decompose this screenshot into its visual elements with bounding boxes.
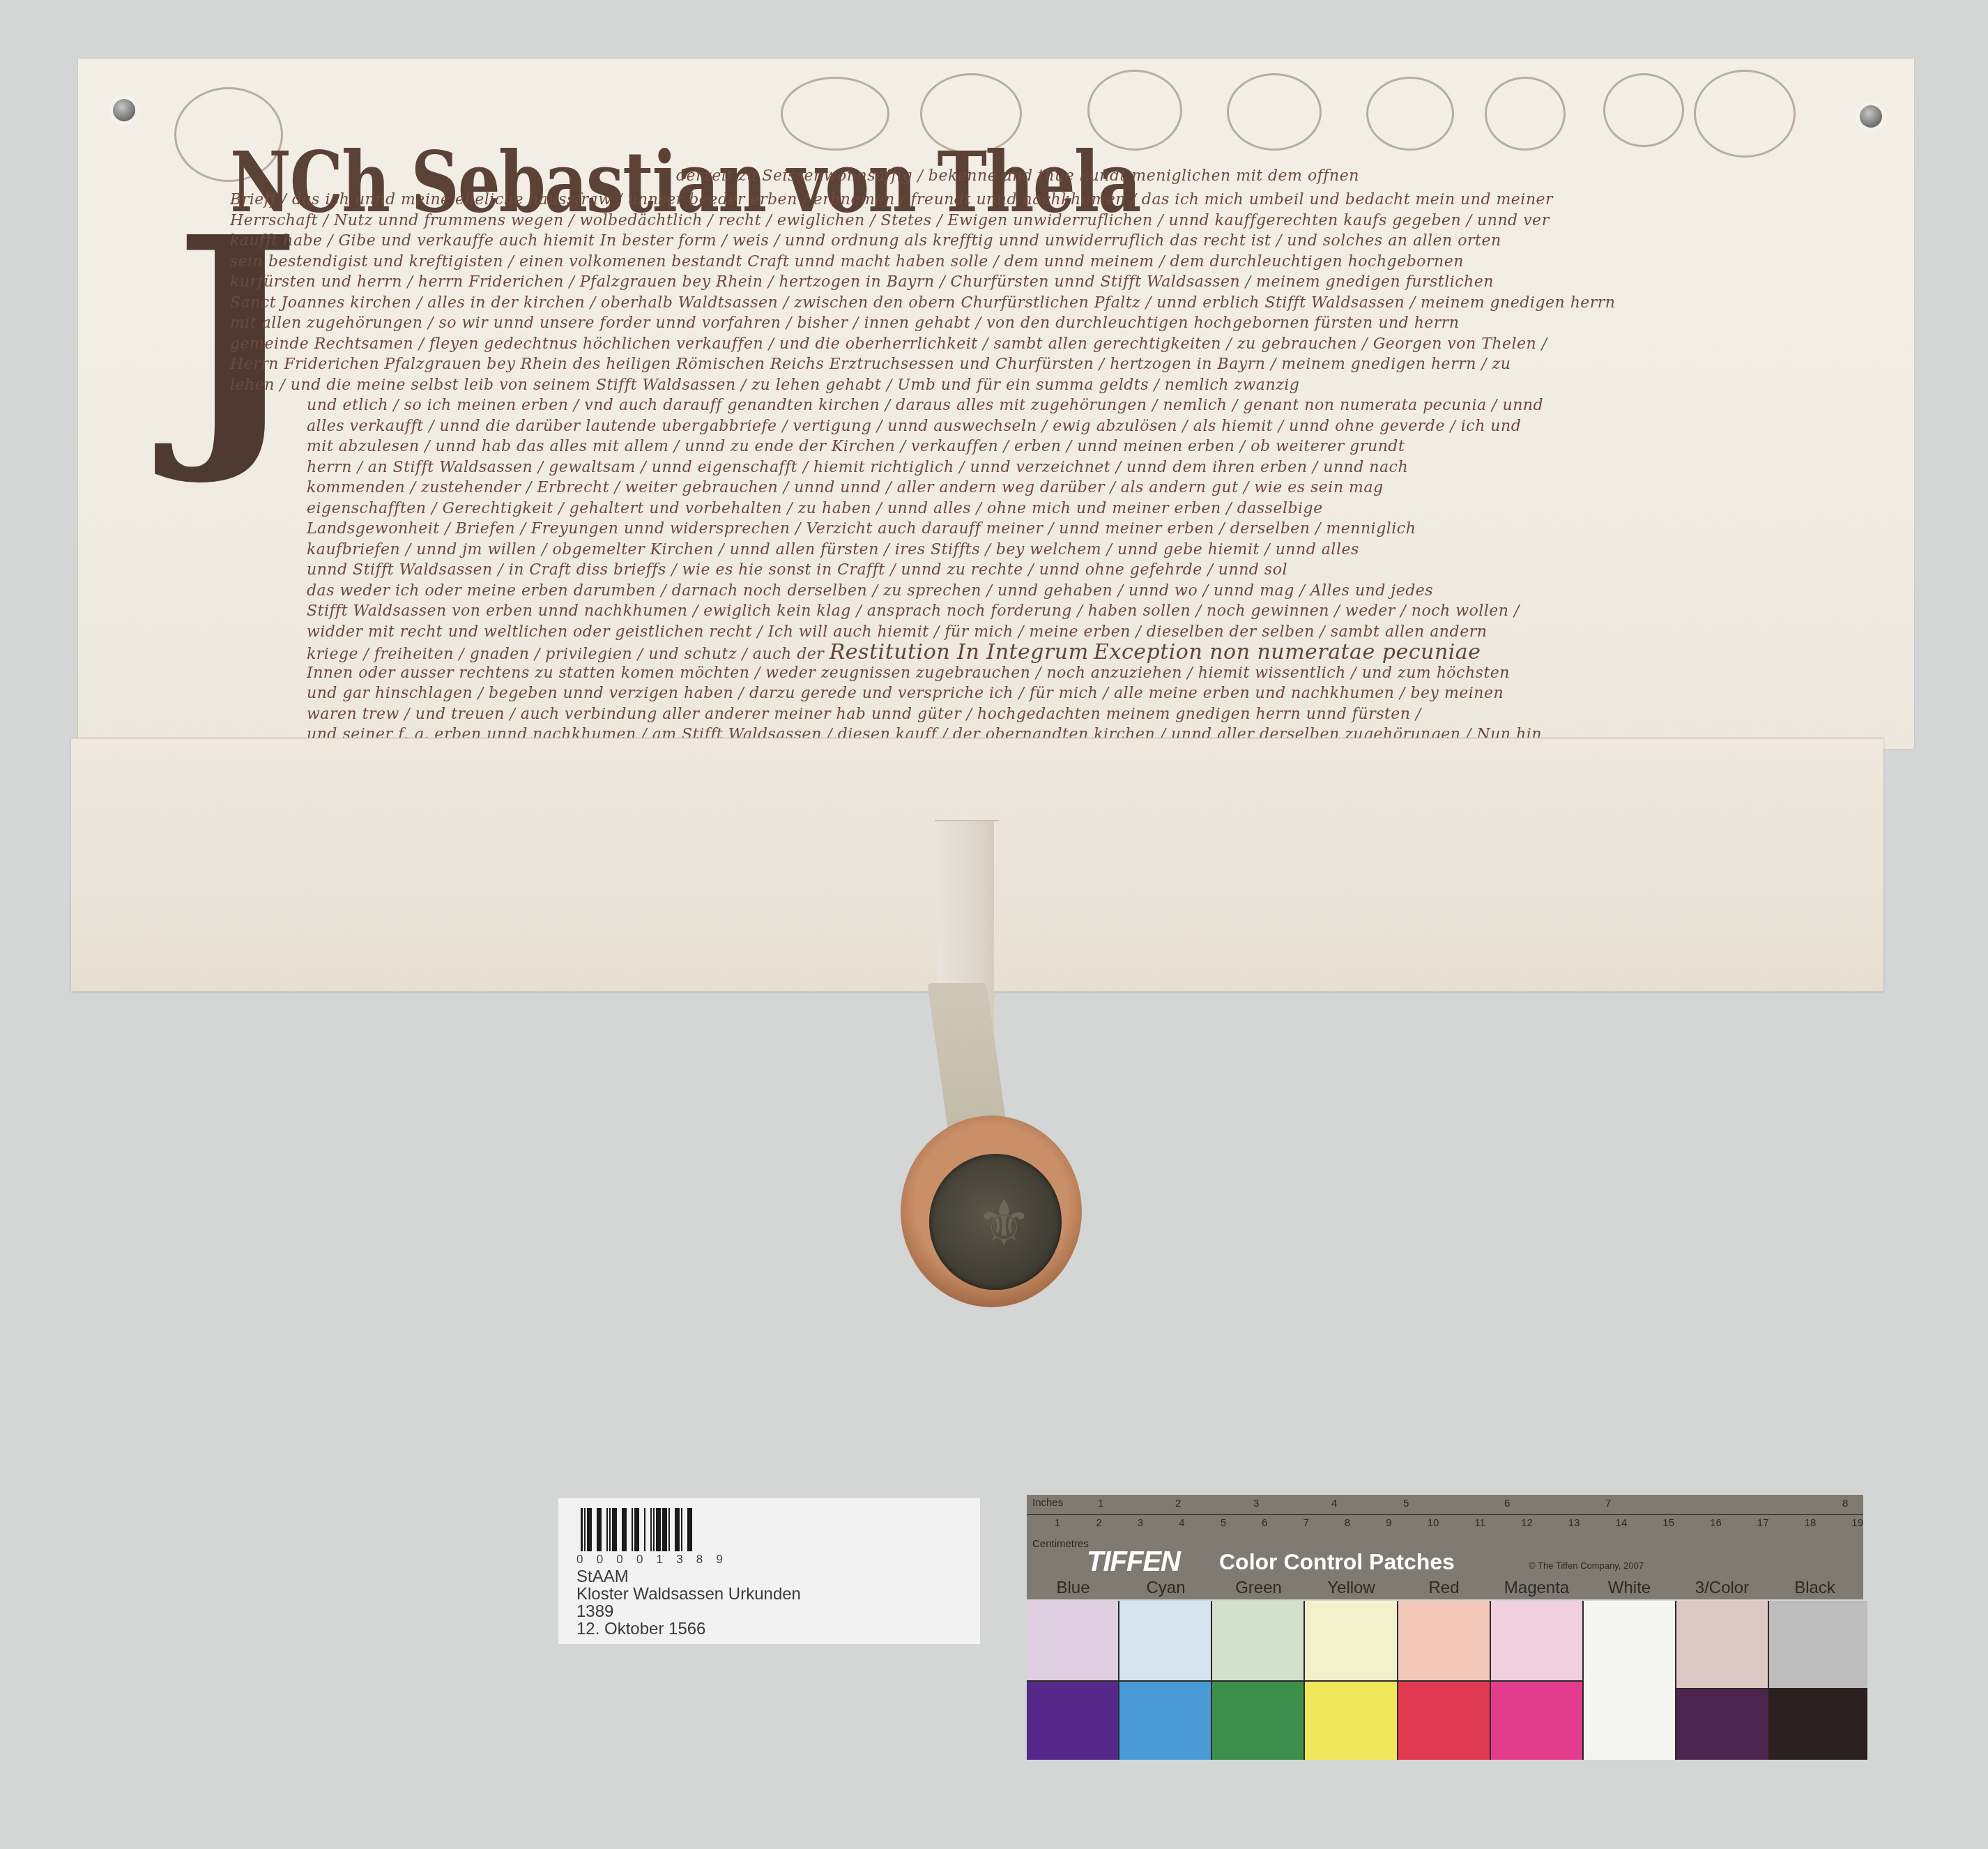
text-line: Stifft Waldsassen von erben unnd nachkhu… — [230, 601, 1875, 622]
text-line: das weder ich oder meine erben darumben … — [230, 581, 1875, 602]
cm-tick: 4 — [1179, 1517, 1184, 1529]
cm-tick: 10 — [1428, 1517, 1439, 1529]
patch-label-magenta: Magenta — [1490, 1578, 1583, 1598]
cm-tick: 11 — [1474, 1517, 1485, 1529]
patch-label-blue: Blue — [1027, 1578, 1119, 1598]
barcode-digit: 3 — [676, 1553, 682, 1567]
patch-black — [1769, 1601, 1867, 1760]
cm-tick: 7 — [1303, 1517, 1308, 1529]
text-line: sein bestendigist und kreftigisten / ein… — [230, 252, 1875, 273]
barcode-digit: 1 — [657, 1553, 663, 1567]
barcode — [581, 1508, 692, 1551]
barcode-digit: 9 — [716, 1553, 722, 1567]
text-line: Brieff / das ich unnd meine eheliche hau… — [230, 190, 1875, 211]
inch-tick: 4 — [1331, 1498, 1337, 1509]
inch-tick: 5 — [1403, 1498, 1409, 1509]
cm-tick: 17 — [1757, 1517, 1769, 1529]
card-title: Color Control Patches — [1219, 1549, 1455, 1575]
patch-magenta-light — [1491, 1601, 1582, 1682]
patch-black-dark — [1769, 1688, 1867, 1760]
cm-tick: 15 — [1662, 1517, 1674, 1529]
patch-cyan-dark — [1119, 1682, 1211, 1760]
copyright-notice: © The Tiffen Company, 2007 — [1529, 1560, 1644, 1571]
color-patches — [1027, 1601, 1867, 1760]
patch-label-yellow: Yellow — [1305, 1578, 1398, 1598]
patch-magenta-dark — [1491, 1682, 1582, 1760]
cm-tick: 3 — [1138, 1517, 1143, 1529]
text-line: unnd Stifft Waldsassen / in Craft diss b… — [230, 560, 1875, 581]
centimetres-label: Centimetres — [1032, 1538, 1089, 1550]
patch-yellow-light — [1305, 1601, 1396, 1682]
barcode-digits: 0 0 0 0 1 3 8 9 — [576, 1553, 723, 1567]
text-line: alles verkaufft / unnd die darüber laute… — [230, 416, 1875, 437]
patch-labels: Blue Cyan Green Yellow Red Magenta White… — [1027, 1578, 1863, 1598]
flourish-loop — [1366, 77, 1454, 151]
text-line: widder mit recht und weltlichen oder gei… — [230, 622, 1875, 643]
inch-tick: 1 — [1098, 1498, 1103, 1509]
cm-tick: 1 — [1055, 1517, 1060, 1529]
text-line: lehen / und die meine selbst leib von se… — [230, 375, 1875, 396]
barcode-digit: 0 — [636, 1553, 643, 1567]
patch-label-red: Red — [1398, 1578, 1490, 1598]
inch-tick: 8 — [1842, 1498, 1848, 1509]
cm-tick: 12 — [1521, 1517, 1533, 1529]
patch-yellow — [1305, 1601, 1398, 1760]
inch-tick: 6 — [1504, 1498, 1510, 1509]
text-line: kaufft habe / Gibe und verkauffe auch hi… — [230, 231, 1875, 252]
flourish-loop — [1603, 73, 1684, 147]
text-line: gemeinde Rechtsamen / fleyen gedechtnus … — [230, 334, 1875, 355]
text-line: Landsgewonheit / Briefen / Freyungen unn… — [230, 519, 1875, 540]
flourish-loop — [1485, 77, 1566, 151]
text-line: kriege / freiheiten / gnaden / privilegi… — [230, 642, 1875, 663]
cm-tick: 5 — [1221, 1517, 1226, 1529]
patch-red-light — [1398, 1601, 1490, 1682]
barcode-digit: 0 — [597, 1553, 603, 1567]
barcode-digit: 0 — [616, 1553, 622, 1567]
patch-label-white: White — [1583, 1578, 1676, 1598]
text-line: eigenschafften / Gerechtigkeit / gehalte… — [230, 499, 1875, 519]
collection-name: Kloster Waldsassen Urkunden — [576, 1585, 801, 1603]
archive-label: 0 0 0 0 1 3 8 9 StAAM Kloster Waldsassen… — [558, 1498, 980, 1644]
cm-tick: 2 — [1096, 1517, 1101, 1529]
mounting-rivet-left — [113, 99, 135, 121]
cm-tick: 14 — [1616, 1517, 1628, 1529]
text-line: kurfürsten und herrn / herrn Friderichen… — [230, 272, 1875, 293]
patch-white — [1584, 1601, 1676, 1760]
text-line: und gar hinschlagen / begeben unnd verzi… — [230, 683, 1875, 704]
cm-tick: 6 — [1262, 1517, 1267, 1529]
patch-black-light — [1769, 1601, 1867, 1688]
patch-3color — [1676, 1601, 1769, 1760]
patch-label-black: Black — [1768, 1578, 1861, 1598]
barcode-digit: 8 — [696, 1553, 703, 1567]
patch-blue — [1027, 1601, 1119, 1760]
heading-continuation: derzeit zu Seissenwonnsaffig / bekenne u… — [230, 166, 1875, 190]
text-fragment: kriege / freiheiten / gnaden / privilegi… — [307, 646, 824, 663]
patch-label-green: Green — [1212, 1578, 1305, 1598]
patch-red-dark — [1398, 1682, 1490, 1760]
patch-green-light — [1212, 1601, 1303, 1682]
patch-yellow-dark — [1305, 1682, 1396, 1760]
patch-green-dark — [1212, 1682, 1303, 1760]
patch-magenta — [1491, 1601, 1584, 1760]
patch-blue-light — [1027, 1601, 1118, 1682]
ruler-line — [1027, 1514, 1863, 1515]
patch-green — [1212, 1601, 1305, 1760]
color-control-card: Inches Centimetres 1 2 3 4 5 6 7 8 1 2 3… — [1027, 1495, 1867, 1763]
tiffen-logo: TIFFEN — [1087, 1546, 1180, 1578]
inch-tick: 3 — [1253, 1498, 1259, 1509]
cm-tick: 16 — [1710, 1517, 1722, 1529]
patch-red — [1398, 1601, 1491, 1760]
document-date: 12. Oktober 1566 — [576, 1620, 801, 1638]
patch-3color-dark — [1676, 1689, 1768, 1760]
flourish-loop — [1694, 70, 1796, 158]
text-line: mit allen zugehörungen / so wir unnd uns… — [230, 313, 1875, 334]
cm-tick: 8 — [1345, 1517, 1350, 1529]
patch-label-cyan: Cyan — [1119, 1578, 1212, 1598]
text-line: Sanct Joannes kirchen / alles in der kir… — [230, 293, 1875, 314]
cm-tick: 9 — [1386, 1517, 1391, 1529]
cm-ticks: 1 2 3 4 5 6 7 8 9 10 11 12 13 14 15 16 1… — [1055, 1517, 1863, 1529]
latin-phrase-exception: Exception non numeratae pecuniae — [1094, 642, 1481, 663]
barcode-digit: 0 — [576, 1553, 583, 1567]
patch-label-3color: 3/Color — [1676, 1578, 1768, 1598]
archive-abbreviation: StAAM — [576, 1568, 801, 1585]
latin-phrase-restitution: Restitution In Integrum — [829, 642, 1089, 663]
inch-tick: 7 — [1605, 1498, 1611, 1509]
inches-label: Inches — [1032, 1497, 1063, 1509]
document-number: 1389 — [576, 1603, 801, 1620]
label-text: StAAM Kloster Waldsassen Urkunden 1389 1… — [576, 1568, 801, 1638]
flourish-loop — [1227, 73, 1322, 151]
patch-cyan-light — [1119, 1601, 1211, 1682]
text-line: Herrn Friderichen Pfalzgrauen bey Rhein … — [230, 354, 1875, 375]
patch-3color-light — [1676, 1601, 1768, 1689]
patch-blue-dark — [1027, 1682, 1118, 1760]
text-line: mit abzulesen / unnd hab das alles mit a… — [230, 436, 1875, 457]
text-line: kaufbriefen / unnd jm willen / obgemelte… — [230, 540, 1875, 561]
inch-tick: 2 — [1175, 1498, 1181, 1509]
mounting-rivet-right — [1860, 105, 1882, 128]
text-line: waren trew / und treuen / auch verbindun… — [230, 704, 1875, 725]
patch-cyan — [1119, 1601, 1212, 1760]
cm-tick: 18 — [1805, 1517, 1817, 1529]
cm-tick: 13 — [1568, 1517, 1580, 1529]
seal-coat-of-arms-icon: ⚜ — [976, 1185, 1018, 1262]
text-line: und etlich / so ich meinen erben / vnd a… — [230, 395, 1875, 416]
cm-tick: 19 — [1851, 1517, 1863, 1529]
text-line: Innen oder ausser rechtens zu statten ko… — [230, 663, 1875, 684]
text-line: herrn / an Stifft Waldsassen / gewaltsam… — [230, 457, 1875, 478]
text-line: kommenden / zustehender / Erbrecht / wei… — [230, 478, 1875, 499]
text-line: Herrschaft / Nutz unnd frummens wegen / … — [230, 211, 1875, 231]
card-header: Inches Centimetres 1 2 3 4 5 6 7 8 1 2 3… — [1027, 1495, 1863, 1599]
